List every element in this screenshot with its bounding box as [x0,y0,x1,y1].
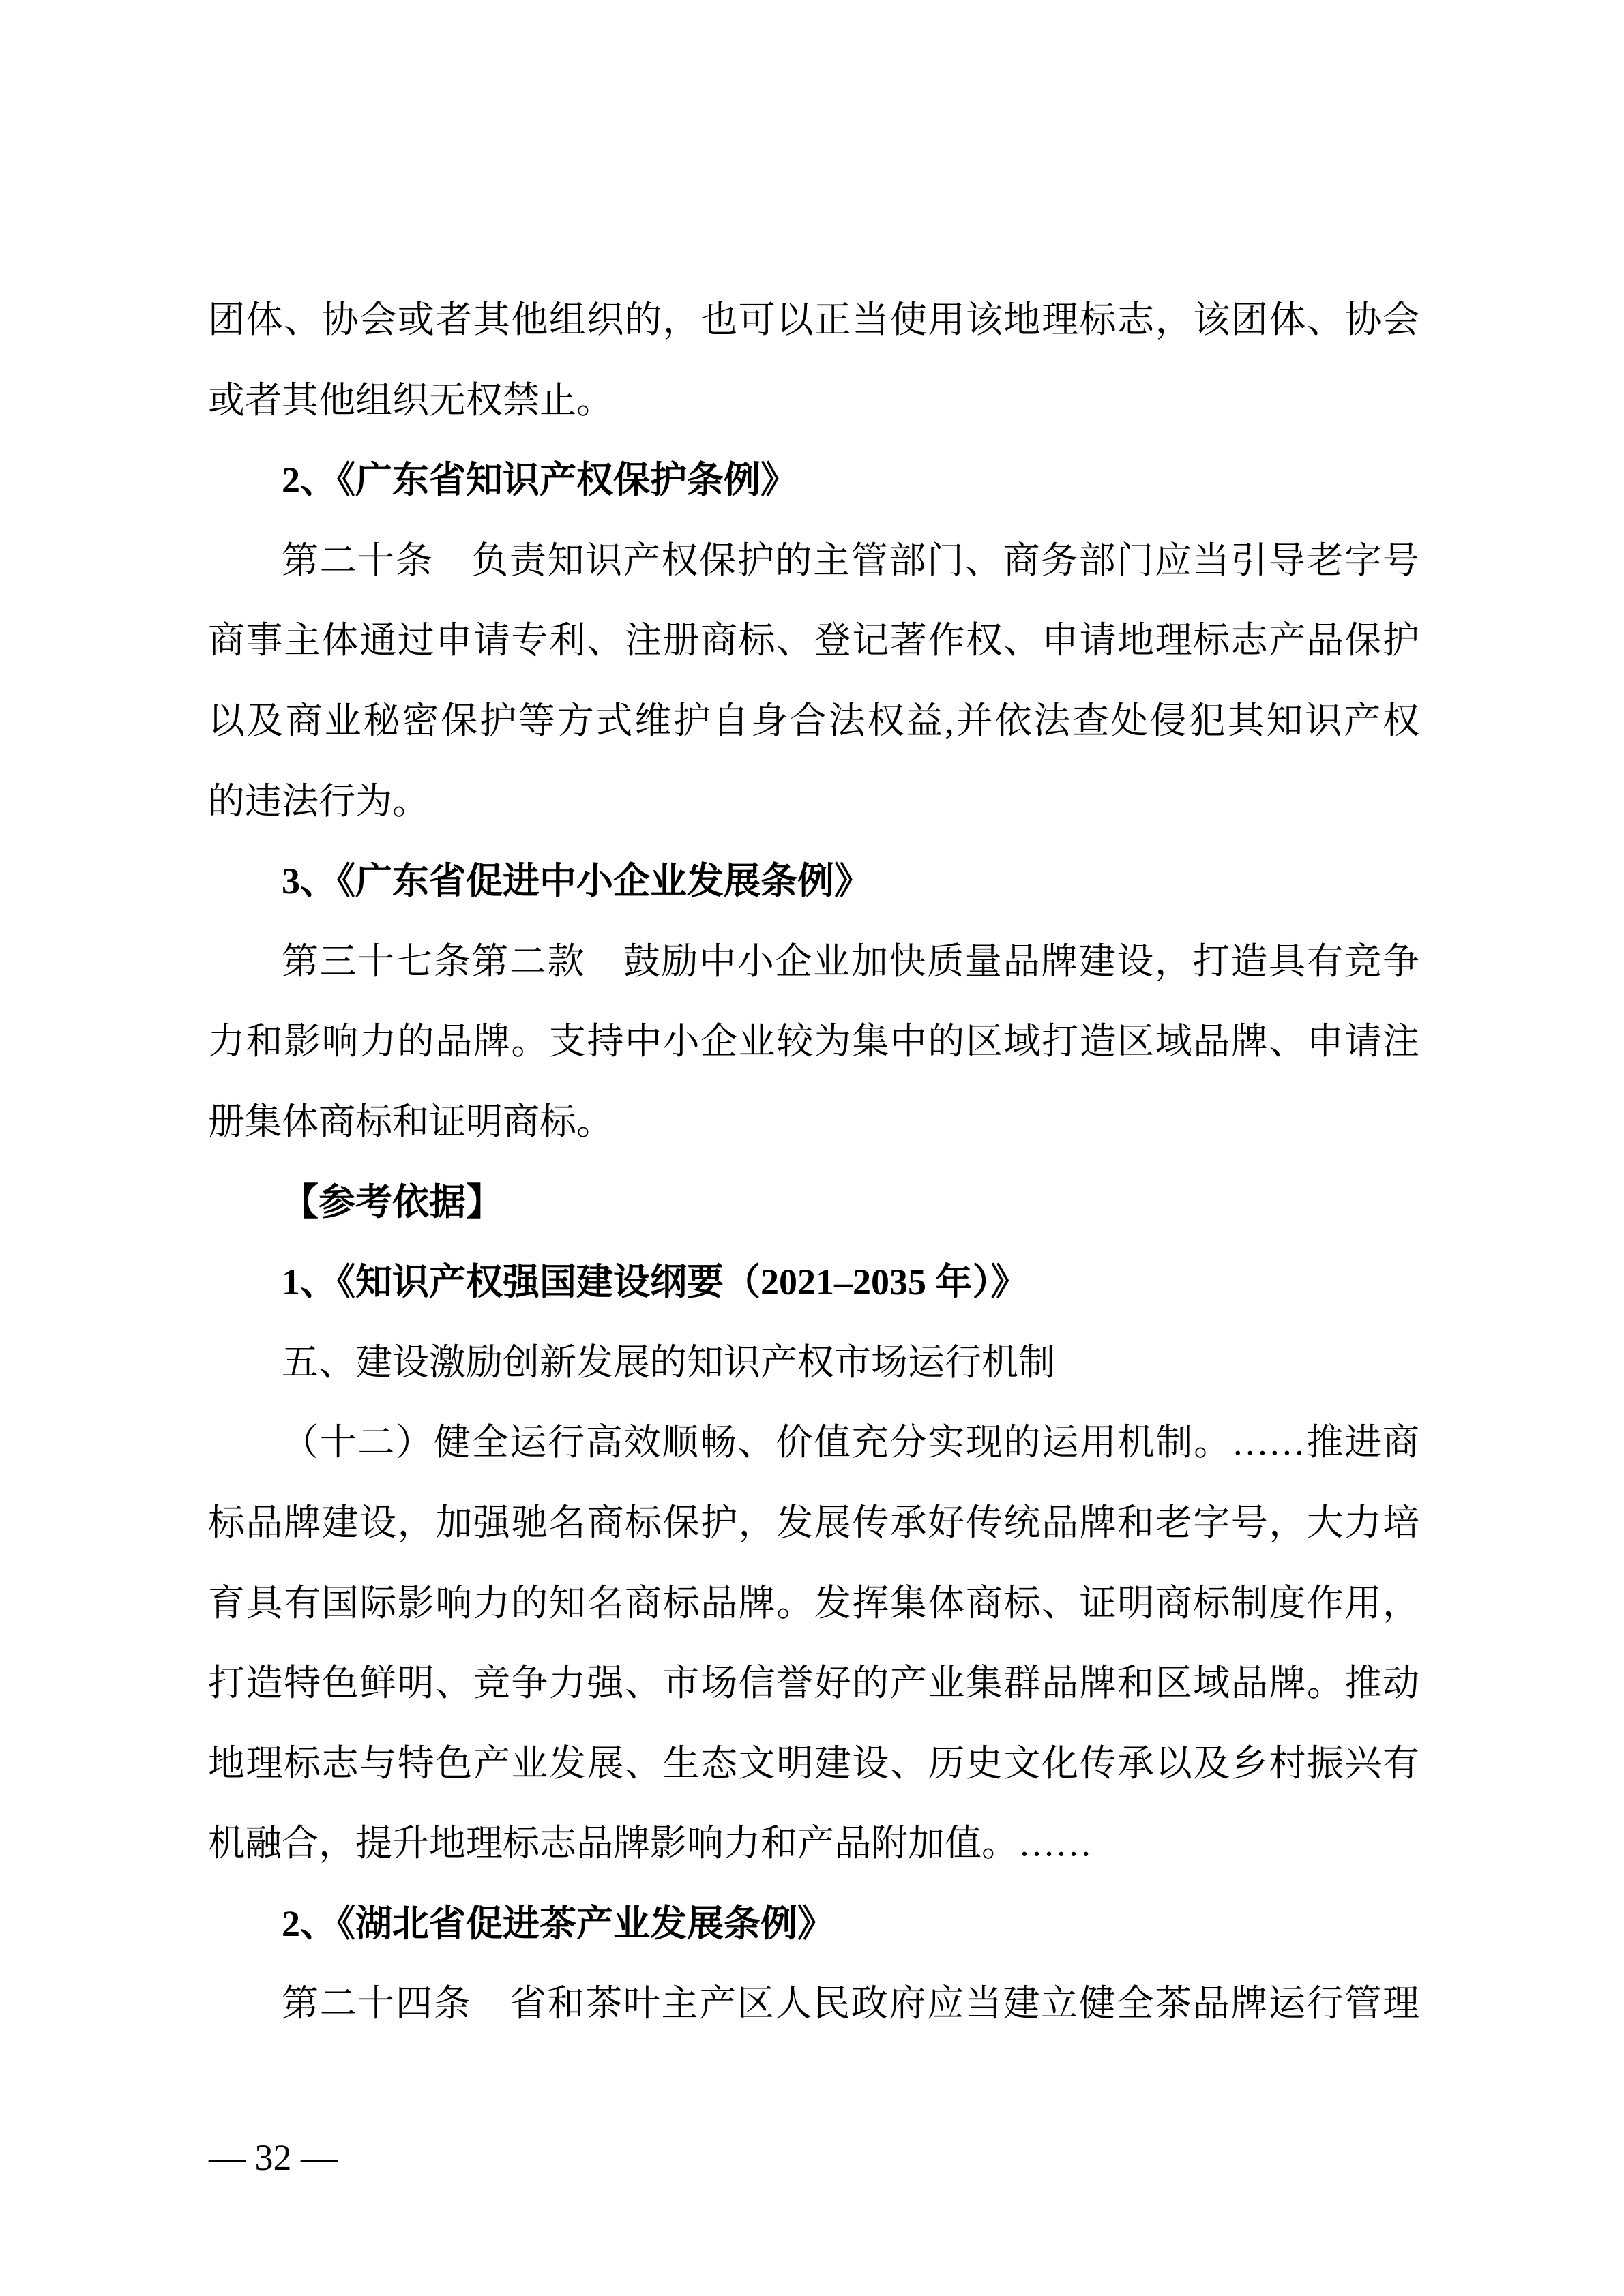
body-text-line: 第二十条 负责知识产权保护的主管部门、商务部门应当引导老字号 [208,521,1419,601]
section-heading: 1、《知识产权强国建设纲要（2021–2035 年）》 [208,1242,1419,1323]
body-text-line: 地理标志与特色产业发展、生态文明建设、历史文化传承以及乡村振兴有 [208,1724,1419,1804]
body-text-line: 册集体商标和证明商标。 [208,1082,1419,1163]
section-heading: 【参考依据】 [208,1163,1419,1243]
document-page: 团体、协会或者其他组织的，也可以正当使用该地理标志，该团体、协会 或者其他组织无… [0,0,1624,2296]
document-body: 团体、协会或者其他组织的，也可以正当使用该地理标志，该团体、协会 或者其他组织无… [208,280,1419,2044]
body-text-line: 标品牌建设，加强驰名商标保护，发展传承好传统品牌和老字号，大力培 [208,1483,1419,1564]
body-text-line: 团体、协会或者其他组织的，也可以正当使用该地理标志，该团体、协会 [208,280,1419,361]
body-text-line: 五、建设激励创新发展的知识产权市场运行机制 [208,1323,1419,1403]
body-text-line: 打造特色鲜明、竞争力强、市场信誉好的产业集群品牌和区域品牌。推动 [208,1643,1419,1724]
body-text-line: 第二十四条 省和茶叶主产区人民政府应当建立健全茶品牌运行管理 [208,1964,1419,2044]
section-heading: 2、《湖北省促进茶产业发展条例》 [208,1884,1419,1965]
body-text-line: 力和影响力的品牌。支持中小企业较为集中的区域打造区域品牌、申请注 [208,1002,1419,1082]
body-text-line: 以及商业秘密保护等方式维护自身合法权益,并依法查处侵犯其知识产权 [208,681,1419,762]
section-heading: 2、《广东省知识产权保护条例》 [208,441,1419,521]
body-text-line: 机融合，提升地理标志品牌影响力和产品附加值。…… [208,1804,1419,1884]
body-text-line: 第三十七条第二款 鼓励中小企业加快质量品牌建设，打造具有竞争 [208,922,1419,1002]
body-text-line: 育具有国际影响力的知名商标品牌。发挥集体商标、证明商标制度作用， [208,1564,1419,1644]
body-text-line: 商事主体通过申请专利、注册商标、登记著作权、申请地理标志产品保护 [208,601,1419,681]
section-heading: 3、《广东省促进中小企业发展条例》 [208,841,1419,922]
body-text-line: 或者其他组织无权禁止。 [208,361,1419,441]
body-text-line: （十二）健全运行高效顺畅、价值充分实现的运用机制。……推进商 [208,1403,1419,1483]
footer-page-number: — 32 — [209,2133,338,2182]
body-text-line: 的违法行为。 [208,762,1419,842]
